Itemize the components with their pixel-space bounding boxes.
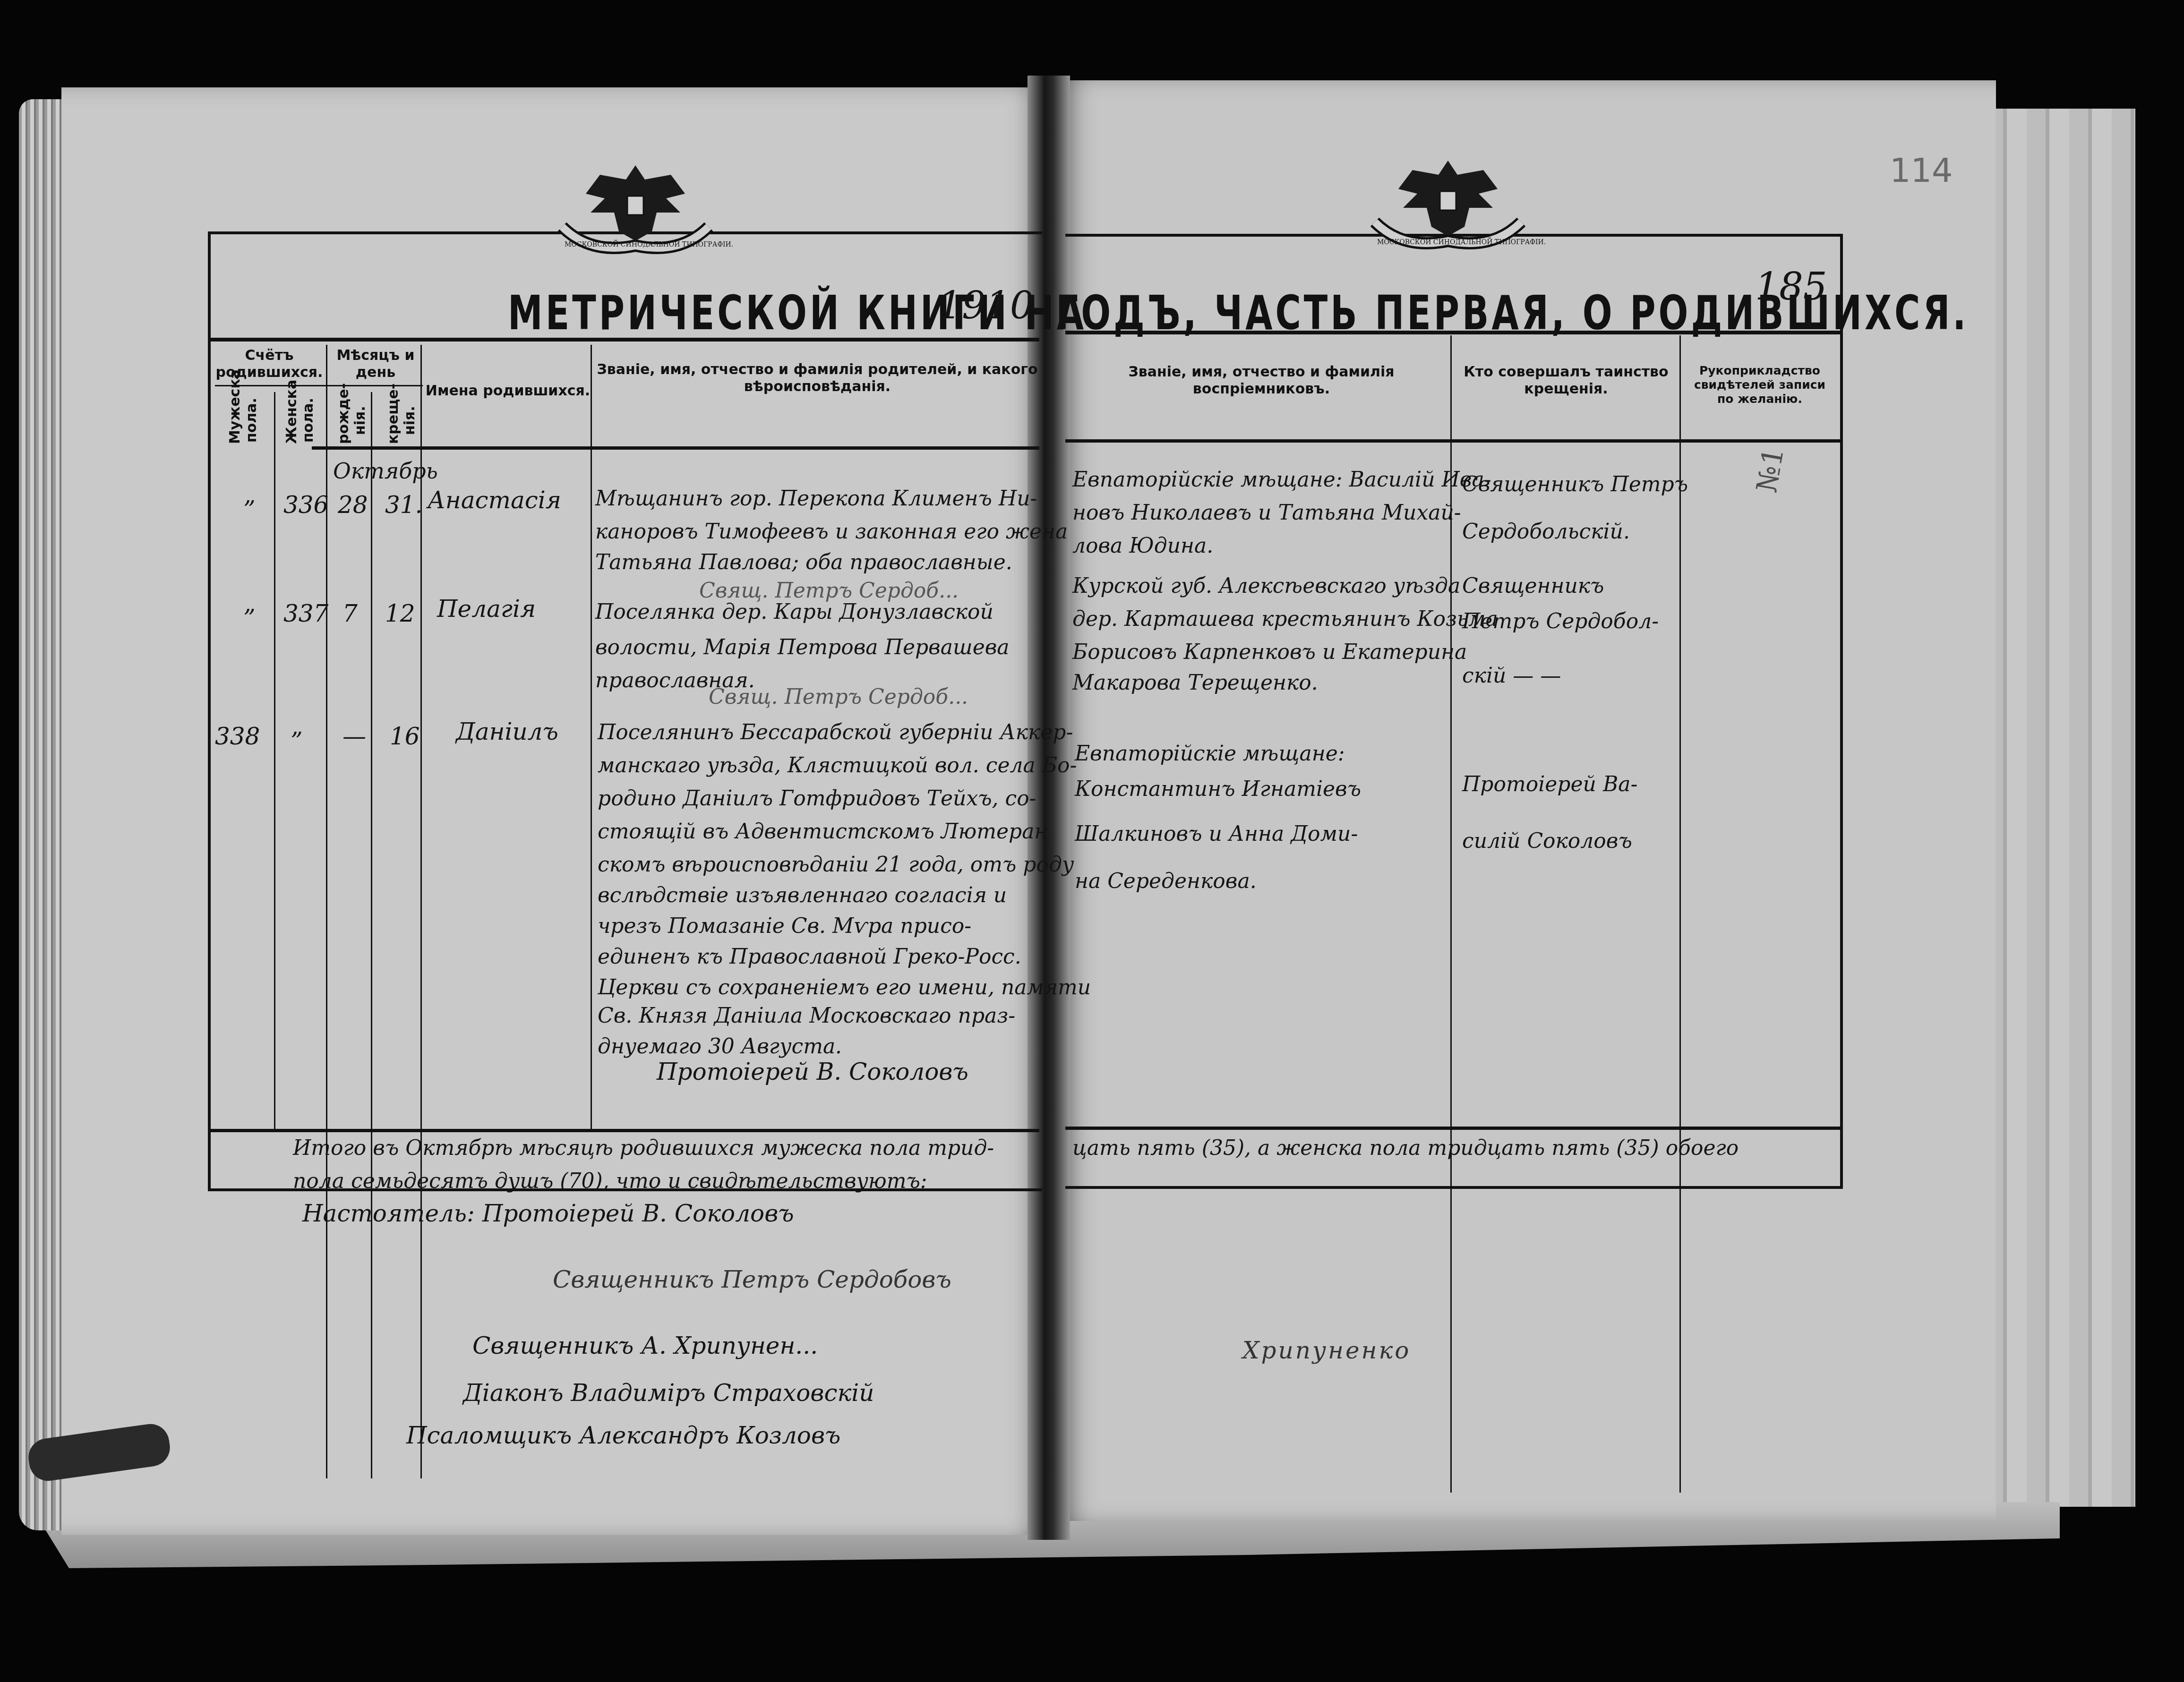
header-godparents: Званіе, имя, отчество и фамилія воспріем…	[1082, 364, 1441, 398]
parents-line: волости, Марія Петрова Первашева	[595, 635, 1010, 659]
priest-signature: Свящ. Петръ Сердоб...	[709, 685, 968, 709]
birth-day: —	[343, 723, 366, 750]
godparents-line: лова Юдина.	[1072, 534, 1213, 558]
parents-line: родино Даніилъ Готфридовъ Тейхъ, со-	[598, 786, 1036, 811]
emblem-ribbon-text: МОСКОВСКОЙ СИНОДАЛЬНОЙ ТИПОГРАФІИ.	[1377, 239, 1546, 246]
underlying-pages	[1984, 109, 2135, 1507]
godparents-line: Курской губ. Алексѣевскаго уѣзда	[1072, 574, 1460, 598]
birth-day: 28	[338, 491, 368, 519]
child-name: Даніилъ	[456, 718, 558, 745]
parents-line: единенъ къ Православной Греко-Росс.	[598, 945, 1021, 969]
parents-line: Св. Князя Даніила Московскаго праз-	[598, 1004, 1015, 1028]
godparents-line: Шалкиновъ и Анна Доми-	[1075, 822, 1358, 846]
officiant-line: Священникъ Петръ	[1462, 472, 1688, 496]
parents-line: Мѣщанинъ гор. Перекопа Клименъ Ни-	[595, 487, 1037, 511]
summary-rule	[208, 1129, 1039, 1132]
officiant-line: Протоіерей Ва-	[1462, 772, 1637, 796]
header-month-group: Мѣсяцъ и день	[331, 347, 420, 381]
parents-line: Церкви съ сохраненіемъ его имени, памяти	[598, 975, 1091, 999]
header-names: Имена родившихся.	[425, 383, 591, 400]
header-top-rule	[1065, 331, 1840, 334]
clergy-signature: Діаконъ Владиміръ Страховскій	[463, 1379, 874, 1407]
officiant-line: Священникъ	[1462, 574, 1604, 598]
parents-line: каноровъ Тимофеевъ и законная его жена	[595, 520, 1068, 544]
child-name: Пелагія	[437, 595, 536, 623]
female-number: ”	[291, 727, 303, 755]
emblem-ribbon-text: МОСКОВСКОЙ СИНОДАЛЬНОЙ ТИПОГРАФІИ.	[565, 241, 733, 248]
godparents-line: Евпаторійскіе мѣщане:	[1075, 742, 1345, 766]
godparents-line: на Середенкова.	[1075, 869, 1257, 893]
summary-line: Итого въ Октябрѣ мѣсяцѣ родившихся мужес…	[293, 1136, 994, 1160]
header-witnesses: Рукоприкладство свидѣтелей записи по жел…	[1684, 364, 1835, 406]
birth-day: 7	[343, 600, 358, 627]
female-number: 336	[283, 491, 328, 519]
godparents-line: новъ Николаевъ и Татьяна Михай-	[1072, 501, 1461, 525]
clergy-signature: Псаломщикъ Александръ Козловъ	[406, 1422, 840, 1449]
baptism-day: 12	[385, 600, 415, 627]
parents-line: Поселянинъ Бессарабской губерніи Аккер-	[598, 720, 1073, 744]
parents-line: стоящій въ Адвентистскомъ Лютеран	[598, 820, 1048, 844]
male-number: ”	[243, 496, 256, 523]
col-divider	[1679, 335, 1681, 1493]
header-bottom-rule	[1065, 439, 1840, 443]
col-divider	[591, 345, 592, 1129]
clergy-signature: Священникъ А. Хрипунен...	[472, 1332, 818, 1359]
parents-line: манскаго уѣзда, Клястицкой вол. села Бо-	[598, 753, 1077, 777]
col-divider	[274, 392, 275, 1129]
col-divider	[371, 392, 372, 1478]
baptism-day: 31.	[385, 491, 423, 519]
summary-line: цать пять (35), а женска пола тридцать п…	[1072, 1136, 1739, 1160]
summary-line: пола семьдесятъ душъ (70), что и свидѣте…	[293, 1169, 927, 1193]
officiant-line: силій Соколовъ	[1462, 829, 1632, 853]
header-officiant: Кто совершалъ таинство крещенія.	[1460, 364, 1672, 398]
male-number: 338	[215, 723, 260, 750]
year-handwritten: 1910	[938, 283, 1034, 327]
header-top-rule	[208, 338, 1039, 342]
rector-line: Настоятель: Протоіерей В. Соколовъ	[302, 1200, 794, 1227]
parents-line: днуемаго 30 Августа.	[598, 1034, 842, 1059]
folio-number: 185	[1755, 265, 1827, 308]
priest-signature: Свящ. Петръ Сердоб...	[699, 579, 959, 603]
godparents-line: Борисовъ Карпенковъ и Екатерина	[1072, 640, 1467, 664]
header-female: Женска пола.	[283, 397, 317, 444]
female-number: 337	[283, 600, 328, 627]
godparents-line: дер. Карташева крестьянинъ Козьма	[1072, 607, 1498, 631]
archpriest-signature: Протоіерей В. Соколовъ	[657, 1058, 968, 1085]
month-label: Октябрь	[333, 458, 438, 484]
parents-line: Татьяна Павлова; оба православные.	[595, 550, 1012, 574]
archive-number: 114	[1890, 151, 1953, 190]
header-parents: Званіе, имя, отчество и фамилія родителе…	[595, 361, 1039, 395]
officiant-line: Сердобольскій.	[1462, 520, 1630, 544]
parents-line: вслѣдствіе изъявленнаго согласія и	[598, 883, 1007, 907]
summary-rule	[1065, 1127, 1840, 1130]
parents-line: чрезъ Помазаніе Св. Мѵра присо-	[598, 914, 971, 938]
child-name: Анастасія	[428, 487, 561, 514]
godparents-line: Макарова Терещенко.	[1072, 671, 1318, 695]
header-male: Мужеска пола.	[227, 397, 260, 444]
godparents-line: Константинъ Игнатіевъ	[1075, 777, 1361, 801]
header-birth: рожде-нія.	[335, 397, 368, 444]
male-number: ”	[243, 605, 256, 632]
parents-line: Поселянка дер. Кары Донузлавской	[595, 600, 994, 624]
godparents-line: Евпаторійскіе мѣщане: Василій Ива-	[1072, 468, 1491, 492]
parents-line: скомъ вѣроисповѣданіи 21 года, отъ роду	[598, 853, 1074, 877]
officiant-line: скій — —	[1462, 664, 1561, 688]
baptism-day: 16	[390, 723, 420, 750]
clergy-signature: Священникъ Петръ Сердобовъ	[553, 1266, 951, 1293]
officiant-line: Петръ Сердобол-	[1462, 609, 1659, 633]
header-baptism: креще-нія.	[385, 397, 418, 444]
faded-signature: Хрипуненко	[1242, 1337, 1411, 1364]
